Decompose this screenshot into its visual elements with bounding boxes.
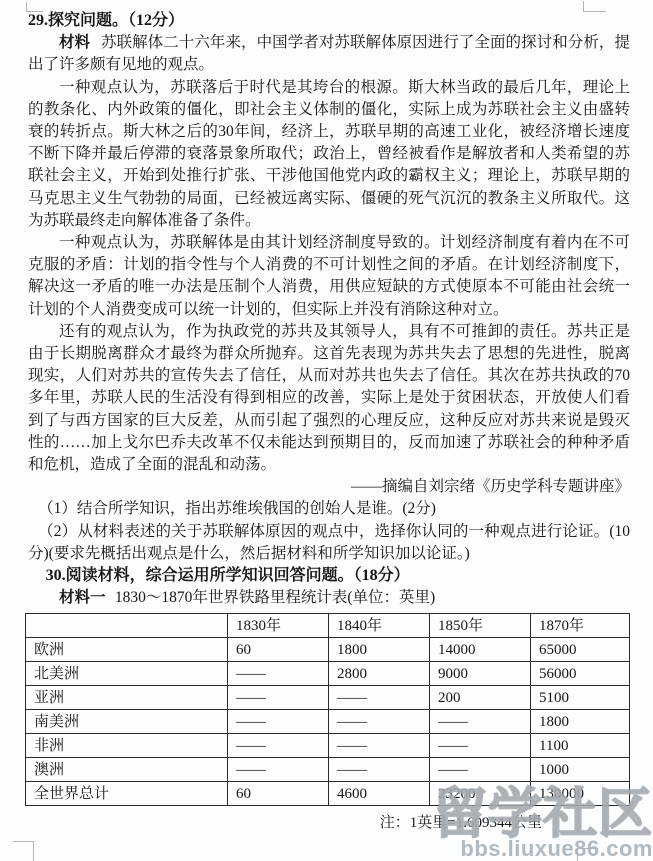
header-1850: 1850年 [430,614,531,638]
table-caption-text: 1830～1870年世界铁路里程统计表(单位：英里) [115,589,435,606]
cell-value: —— [430,734,531,758]
question-30-material-caption: 材料一1830～1870年世界铁路里程统计表(单位：英里) [28,587,630,609]
cell-value: 1100 [531,734,630,758]
header-1830: 1830年 [228,614,329,638]
cell-value: 56000 [531,662,630,686]
table-footnote: 注：1英里=1.609344公里 [28,812,630,834]
sub-question-1: （1）结合所学知识，指出苏维埃俄国的创始人是谁。(2分) [28,498,630,520]
cell-value: —— [228,758,329,782]
cell-region: 北美洲 [26,662,228,686]
cell-value: 60 [228,638,329,662]
table-row-asia: 亚洲 —— —— 200 5100 [26,686,630,710]
cell-region: 南美洲 [26,710,228,734]
cell-value: 9000 [430,662,531,686]
table-row-africa: 非洲 —— —— —— 1100 [26,734,630,758]
paragraph-viewpoint-3: 还有的观点认为，作为执政党的苏共及其领导人，具有不可推卸的责任。苏共正是由于长期… [28,321,630,476]
cell-value: 23200 [430,782,531,806]
cell-region: 亚洲 [26,686,228,710]
cell-value: —— [228,710,329,734]
cell-value: —— [329,758,430,782]
cell-value: 65000 [531,638,630,662]
header-region [26,614,228,638]
crop-mark-bottom-left [13,841,34,861]
header-1840: 1840年 [329,614,430,638]
table-row-south-america: 南美洲 —— —— —— 1800 [26,710,630,734]
material-label: 材料 [59,34,90,51]
table-row-world-total: 全世界总计 60 4600 23200 130000 [26,782,630,806]
cell-region: 欧洲 [26,638,228,662]
cell-region: 澳洲 [26,758,228,782]
material-text: 苏联解体二十六年来，中国学者对苏联解体原因进行了全面的探讨和分析，提出了许多颇有… [28,34,630,73]
cell-value: —— [329,710,430,734]
cell-value: 14000 [430,638,531,662]
material-one-label: 材料一 [59,589,106,606]
cell-region: 非洲 [26,734,228,758]
cell-value: —— [329,686,430,710]
table-row-europe: 欧洲 60 1800 14000 65000 [26,638,630,662]
sub-question-2: （2）从材料表述的关于苏联解体原因的观点中，选择你认同的一种观点进行论证。(10… [28,521,630,565]
table-header-row: 1830年 1840年 1850年 1870年 [26,614,630,638]
header-1870: 1870年 [531,614,630,638]
exam-paper-page: 29.探究问题。（12分） 材料苏联解体二十六年来，中国学者对苏联解体原因进行了… [0,0,653,861]
cell-value: —— [228,686,329,710]
document-content: 29.探究问题。（12分） 材料苏联解体二十六年来，中国学者对苏联解体原因进行了… [0,0,653,835]
question-29-material-paragraph: 材料苏联解体二十六年来，中国学者对苏联解体原因进行了全面的探讨和分析，提出了许多… [28,32,630,76]
watermark-url: bbs.liuxue86.com [433,837,653,861]
cell-value: —— [228,734,329,758]
table-row-australia: 澳洲 —— —— —— 1000 [26,758,630,782]
question-30-title: 30.阅读材料，综合运用所学知识回答问题。（18分） [28,565,630,587]
cell-value: —— [329,734,430,758]
railway-mileage-table: 1830年 1840年 1850年 1870年 欧洲 60 1800 14000… [25,613,630,806]
source-attribution: ——摘编自刘宗绪《历史学科专题讲座》 [28,476,630,498]
cell-value: 1800 [329,638,430,662]
crop-mark-bottom-right [577,848,598,861]
cell-region: 全世界总计 [26,782,228,806]
paragraph-viewpoint-1: 一种观点认为，苏联落后于时代是其垮台的根源。斯大林当政的最后几年，理论上的教条化… [28,77,630,232]
cell-value: 200 [430,686,531,710]
cell-value: 1000 [531,758,630,782]
cell-value: 5100 [531,686,630,710]
cell-value: —— [228,662,329,686]
cell-value: 130000 [531,782,630,806]
question-29-title: 29.探究问题。（12分） [28,10,630,32]
cell-value: 4600 [329,782,430,806]
table-row-north-america: 北美洲 —— 2800 9000 56000 [26,662,630,686]
cell-value: 60 [228,782,329,806]
cell-value: —— [430,758,531,782]
cell-value: —— [430,710,531,734]
cell-value: 1800 [531,710,630,734]
cell-value: 2800 [329,662,430,686]
paragraph-viewpoint-2: 一种观点认为，苏联解体是由其计划经济制度导致的。计划经济制度有着内在不可克服的矛… [28,232,630,321]
